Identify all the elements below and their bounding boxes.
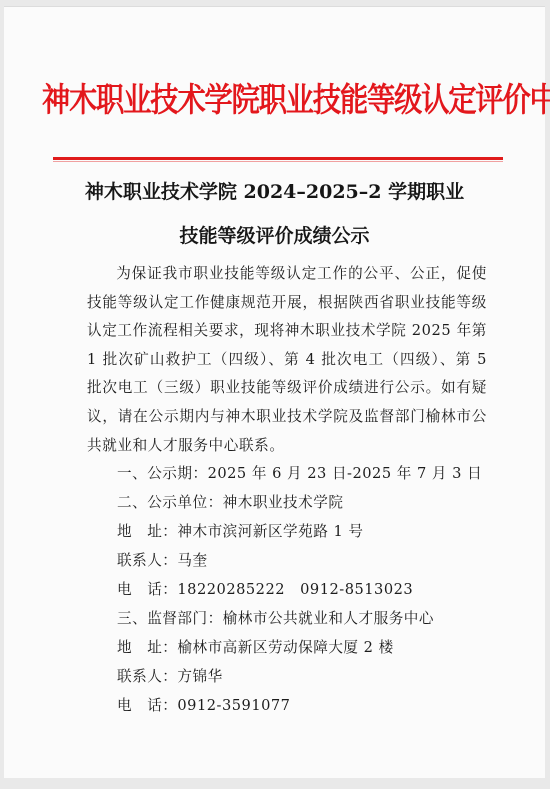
info-value: 榆林市高新区劳动保障大厦 2 楼 (177, 639, 393, 656)
info-value: 榆林市公共就业和人才服务中心 (223, 610, 434, 627)
body-paragraph-block: 为保证我市职业技能等级认定工作的公平、公正，促使技能等级认定工作健康规范开展，根… (87, 260, 487, 460)
info-value: 神木职业技术学院 (223, 494, 344, 511)
info-label: 一、公示期： (117, 462, 208, 483)
info-value: 18220285222 0912-8513023 (177, 581, 413, 598)
info-line-supervisor: 三、监督部门：榆林市公共就业和人才服务中心 (117, 607, 434, 628)
info-label: 三、监督部门： (117, 607, 223, 628)
letterhead-red-rule-shadow (53, 161, 503, 162)
document-title-line-1: 神木职业技术学院 2024–2025–2 学期职业 (4, 177, 545, 204)
letterhead-red-rule (53, 157, 503, 160)
info-line-supervisor-contact: 联系人：方锦华 (117, 665, 223, 686)
info-label: 电 话： (117, 578, 177, 599)
info-value: 神木市滨河新区学苑路 1 号 (177, 523, 363, 540)
info-label: 地 址： (117, 520, 177, 541)
info-label: 二、公示单位： (117, 491, 223, 512)
info-line-unit-address: 地 址：神木市滨河新区学苑路 1 号 (117, 520, 364, 541)
info-label: 联系人： (117, 665, 177, 686)
info-line-unit-contact: 联系人：马奎 (117, 549, 208, 570)
info-label: 联系人： (117, 549, 177, 570)
document-page: 神木职业技术学院职业技能等级认定评价中心 神木职业技术学院 2024–2025–… (4, 6, 545, 778)
info-value: 0912-3591077 (177, 697, 290, 714)
info-line-supervisor-phone: 电 话：0912-3591077 (117, 694, 290, 715)
info-label: 电 话： (117, 694, 177, 715)
info-value: 马奎 (177, 552, 207, 569)
info-value: 方锦华 (177, 668, 222, 685)
letterhead-title: 神木职业技术学院职业技能等级认定评价中心 (42, 77, 507, 123)
info-line-supervisor-address: 地 址：榆林市高新区劳动保障大厦 2 楼 (117, 636, 394, 657)
info-line-notice-period: 一、公示期：2025 年 6 月 23 日-2025 年 7 月 3 日 (117, 462, 482, 483)
document-title-line-2: 技能等级评价成绩公示 (4, 221, 545, 248)
info-line-unit-phone: 电 话：18220285222 0912-8513023 (117, 578, 413, 599)
info-label: 地 址： (117, 636, 177, 657)
info-line-notice-unit: 二、公示单位：神木职业技术学院 (117, 491, 343, 512)
body-paragraph: 为保证我市职业技能等级认定工作的公平、公正，促使技能等级认定工作健康规范开展，根… (87, 260, 487, 460)
info-value: 2025 年 6 月 23 日-2025 年 7 月 3 日 (208, 465, 483, 482)
